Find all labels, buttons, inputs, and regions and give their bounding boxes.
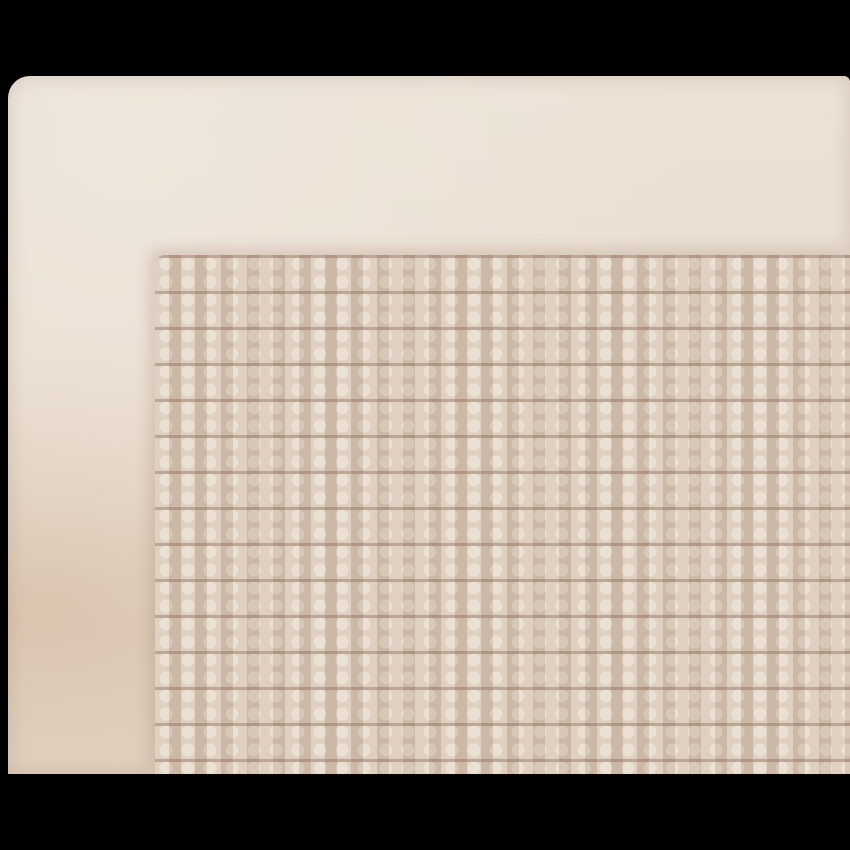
letterbox-top-bar: [0, 0, 850, 74]
letterbox-bottom-bar: [0, 775, 850, 850]
textured-loop-area: [155, 255, 850, 774]
